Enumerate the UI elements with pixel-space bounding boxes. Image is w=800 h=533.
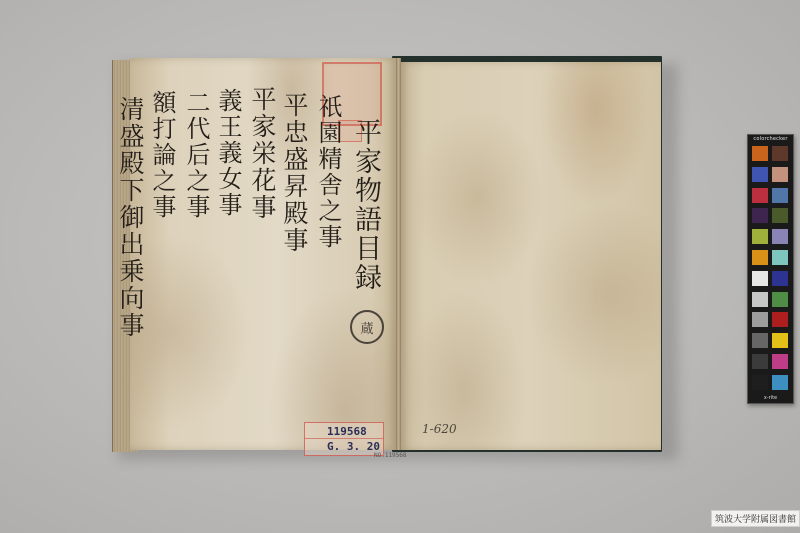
toc-entry: 額打論之事 bbox=[150, 90, 174, 220]
color-swatch bbox=[752, 375, 768, 390]
accession-number: 119568 bbox=[327, 425, 367, 438]
color-swatch bbox=[772, 208, 788, 223]
color-swatch bbox=[752, 188, 768, 203]
color-checker-title: colorchecker bbox=[748, 136, 793, 142]
toc-entry: 平忠盛昇殿事 bbox=[282, 92, 307, 254]
classification-number: G. 3. 20 bbox=[327, 440, 380, 453]
color-swatch bbox=[772, 271, 788, 286]
toc-entry: 祇園精舎之事 bbox=[316, 94, 340, 250]
color-swatch bbox=[772, 292, 788, 307]
book-gutter bbox=[396, 58, 401, 450]
toc-entry: 二代后之事 bbox=[184, 90, 208, 220]
library-credit-label: 筑波大学附属図書館 bbox=[711, 510, 800, 527]
color-swatch bbox=[772, 354, 788, 369]
right-page bbox=[399, 62, 661, 450]
accession-stamp: NO.119568 bbox=[374, 452, 407, 459]
round-black-seal: 蔵 bbox=[350, 310, 384, 344]
color-swatch bbox=[772, 375, 788, 390]
color-swatch bbox=[752, 208, 768, 223]
color-swatch bbox=[752, 146, 768, 161]
color-swatch bbox=[752, 292, 768, 307]
color-swatch bbox=[752, 312, 768, 327]
scanned-manuscript-scene: 平家物語目録 祇園精舎之事 平忠盛昇殿事 平家栄花事 義王義女事 二代后之事 額… bbox=[0, 0, 800, 533]
color-swatch bbox=[772, 333, 788, 348]
color-swatch bbox=[752, 229, 768, 244]
color-swatch bbox=[752, 333, 768, 348]
toc-entry: 義王義女事 bbox=[216, 88, 240, 218]
table-of-contents-title: 平家物語目録 bbox=[352, 118, 379, 292]
toc-entry: 平家栄花事 bbox=[250, 86, 275, 221]
label-divider bbox=[305, 438, 383, 439]
color-swatch bbox=[772, 167, 788, 182]
color-swatch bbox=[772, 250, 788, 265]
color-swatch bbox=[772, 188, 788, 203]
color-swatch bbox=[752, 250, 768, 265]
color-swatch bbox=[772, 312, 788, 327]
color-swatch bbox=[752, 271, 768, 286]
color-swatch bbox=[772, 146, 788, 161]
color-swatch bbox=[752, 167, 768, 182]
color-checker-card: colorchecker x-rite bbox=[747, 134, 794, 404]
color-swatch bbox=[772, 229, 788, 244]
toc-entry: 清盛殿下御出乗向事 bbox=[118, 96, 143, 339]
xrite-logo: x-rite bbox=[748, 395, 793, 401]
library-call-number-label: 119568 G. 3. 20 bbox=[304, 422, 384, 456]
pencil-shelf-note: 1-620 bbox=[422, 422, 457, 436]
color-swatch bbox=[752, 354, 768, 369]
